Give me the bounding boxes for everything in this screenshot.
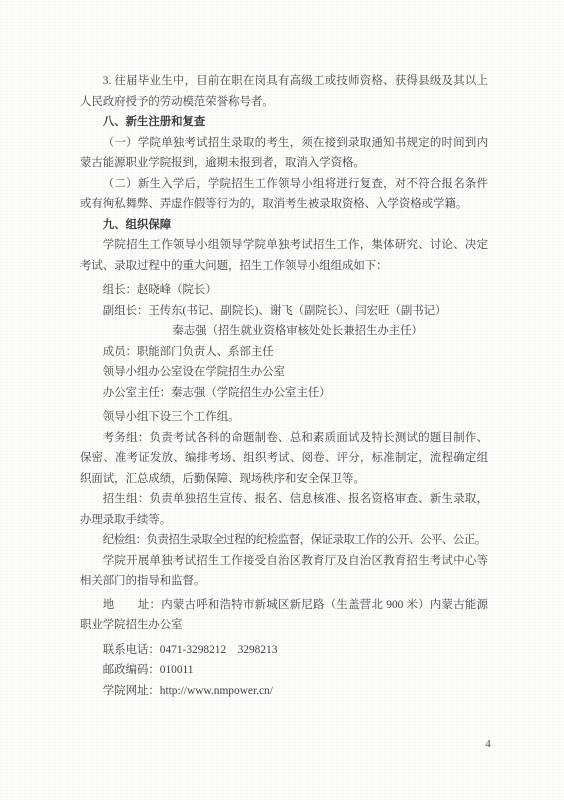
para-office-location: 领导小组办公室设在学院招生办公室 xyxy=(80,362,488,383)
para-office-director: 办公室主任：秦志强（学院招生办公室主任） xyxy=(80,383,488,404)
para-leading-group-intro: 学院招生工作领导小组领导学院单独考试招生工作，集体研究、讨论、决定考试、录取过程… xyxy=(80,235,488,276)
address-line: 地 址：内蒙古呼和浩特市新城区新尼路（生盖营北 900 米）内蒙古能源职业学院招… xyxy=(80,595,488,636)
para-exam-affairs-group: 考务组：负责考试各科的命题制卷、总和素质面试及特长测试的题目制作、保密、准考证发… xyxy=(80,428,488,490)
document-body: 3. 往届毕业生中，目前在职在岗具有高级工或技师资格、获得县级及其以上人民政府授… xyxy=(80,71,488,701)
para-discipline-group: 纪检组：负责招生录取全过程的纪检监督，保证录取工作的公开、公平、公正。 xyxy=(80,530,488,551)
heading-section-eight: 八、新生注册和复查 xyxy=(80,112,488,133)
phone-line: 联系电话：0471-3298212 3298213 xyxy=(80,640,488,661)
postal-code-line: 邮政编码：010011 xyxy=(80,660,488,681)
para-deputy-leaders: 副组长：王传东(书记、副院长)、谢飞（副院长）、闫宏旺（副书记） xyxy=(80,301,488,322)
para-reexamination-rule: （二）新生入学后，学院招生工作领导小组将进行复查，对不符合报名条件或有徇私舞弊、… xyxy=(80,174,488,215)
para-group-leader: 组长：赵晓峰（院长） xyxy=(80,280,488,301)
para-three-workgroups: 领导小组下设三个工作组。 xyxy=(80,407,488,428)
para-members: 成员：职能部门负责人、系部主任 xyxy=(80,342,488,363)
scanned-document-page: 3. 往届毕业生中，目前在职在岗具有高级工或技师资格、获得县级及其以上人民政府授… xyxy=(0,0,564,800)
website-line: 学院网址：http://www.nmpower.cn/ xyxy=(80,681,488,702)
heading-section-nine: 九、组织保障 xyxy=(80,215,488,236)
para-registration-notice: （一）学院单独考试招生录取的考生，须在接到录取通知书规定的时间到内蒙古能源职业学… xyxy=(80,133,488,174)
para-supervision: 学院开展单独考试招生工作接受自治区教育厅及自治区教育招生考试中心等相关部门的指导… xyxy=(80,551,488,592)
para-alumni-criteria: 3. 往届毕业生中，目前在职在岗具有高级工或技师资格、获得县级及其以上人民政府授… xyxy=(80,71,488,112)
para-recruitment-group: 招生组：负责单独招生宣传、报名、信息核准、报名资格审查、新生录取，办理录取手续等… xyxy=(80,489,488,530)
page-number: 4 xyxy=(478,738,498,750)
para-deputy-leaders-continued: 秦志强（招生就业资格审核处处长兼招生办主任） xyxy=(80,321,488,342)
